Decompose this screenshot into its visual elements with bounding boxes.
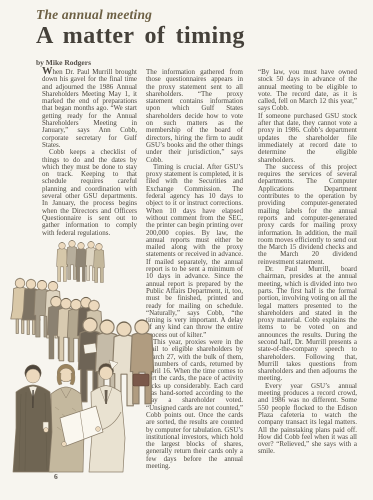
paragraph: The information gathered from those ques… — [146, 69, 243, 164]
paragraph: Dr. Paul Murrill, board chairman, presid… — [258, 266, 357, 383]
papers — [84, 343, 97, 354]
text-column-2: The information gathered from those ques… — [146, 69, 243, 470]
paragraph: When Dr. Paul Murrill brought down his g… — [42, 69, 137, 149]
article-kicker: The annual meeting — [36, 7, 336, 23]
figure-cluster-top — [57, 240, 105, 282]
article-byline: by Mike Rodgers — [36, 58, 336, 67]
text-column-3: “By law, you must have owned stock 50 da… — [258, 69, 357, 456]
paragraph: Timing is crucial. After GSU’s proxy sta… — [146, 164, 243, 339]
paragraph: “By law, you must have owned stock 50 da… — [258, 69, 357, 113]
paragraph: This year, proxies were in the mail to e… — [146, 339, 243, 470]
paragraph: If someone purchased GSU stock after tha… — [258, 113, 357, 164]
text-column-1: When Dr. Paul Murrill brought down his g… — [42, 69, 137, 237]
shareholders-illustration — [2, 232, 158, 474]
page-title: A matter of timing — [36, 24, 336, 49]
page-number: 6 — [54, 472, 58, 481]
paragraph-text: hen Dr. Paul Murrill brought down his ga… — [42, 68, 137, 149]
article-header: The annual meeting A matter of timing by… — [36, 7, 336, 67]
briefcase — [133, 374, 149, 386]
figure-foreground-trio — [13, 360, 125, 472]
paragraph: Every year GSU’s annual meeting produces… — [258, 383, 357, 456]
magazine-page: The annual meeting A matter of timing by… — [0, 0, 373, 500]
paragraph: Cobb keeps a checklist of things to do a… — [42, 149, 137, 237]
paragraph: The success of this project requires the… — [258, 164, 357, 266]
